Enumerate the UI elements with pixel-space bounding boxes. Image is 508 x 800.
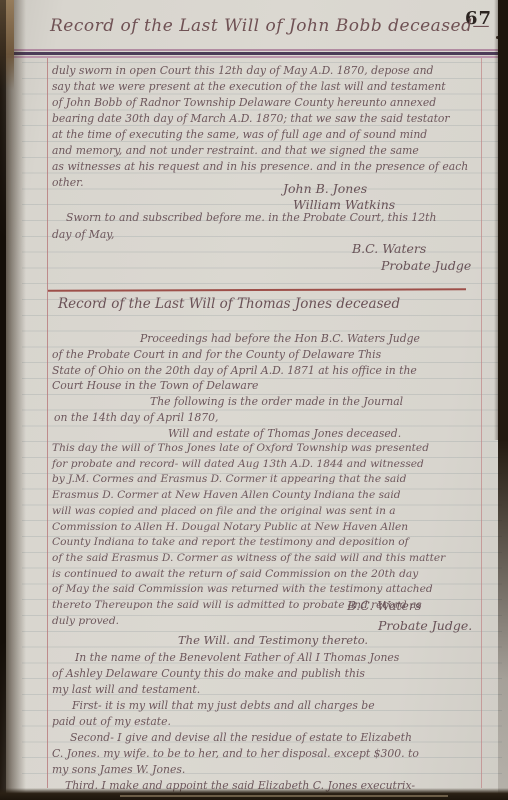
handwriting-line: other. <box>52 175 478 191</box>
handwriting-line: is continued to await the return of said… <box>52 567 482 583</box>
handwriting-line: Commission to Allen H. Dougal Notary Pub… <box>52 520 482 536</box>
section1-body: duly sworn in open Court this 12th day o… <box>52 63 478 191</box>
header-rule-band <box>0 49 508 59</box>
handwriting-line: of May the said Commission was returned … <box>52 582 482 598</box>
handwriting-line: of John Bobb of Radnor Township Delaware… <box>52 95 478 111</box>
handwriting-line: This day the will of Thos Jones late of … <box>52 441 482 457</box>
handwriting-line: by J.M. Cormes and Erasmus D. Cormer it … <box>52 472 482 488</box>
handwriting-line: on the 14th day of April 1870, <box>52 410 478 426</box>
handwriting-line: Proceedings had before the Hon B.C. Wate… <box>52 331 478 347</box>
left-margin-line <box>47 58 48 788</box>
handwriting-line: State of Ohio on the 20th day of April A… <box>52 363 478 379</box>
page-bottom-edge <box>0 788 508 800</box>
section1-attestation: Sworn to and subscribed before me. in th… <box>52 210 478 243</box>
handwriting-line: at the time of executing the same, was o… <box>52 127 478 143</box>
judge-signature: B.C. Waters <box>347 598 421 613</box>
handwriting-line: Erasmus D. Cormer at New Haven Allen Cou… <box>52 488 482 504</box>
handwriting-line: C. Jones. my wife. to be to her, and to … <box>52 746 482 762</box>
witness-signature-1: John B. Jones <box>283 181 367 196</box>
handwriting-line: paid out of my estate. <box>52 714 482 730</box>
section2-title: Record of the Last Will of Thomas Jones … <box>58 296 400 312</box>
book-binding-edge <box>0 0 26 800</box>
section2-proceedings: Proceedings had before the Hon B.C. Wate… <box>52 331 478 442</box>
handwriting-line: Sworn to and subscribed before me. in th… <box>52 210 478 227</box>
page-right-edge <box>498 0 508 800</box>
handwriting-line: for probate and record- will dated Aug 1… <box>52 457 482 473</box>
handwriting-line: duly sworn in open Court this 12th day o… <box>52 63 478 79</box>
handwriting-line: say that we were present at the executio… <box>52 79 478 95</box>
handwriting-line: County Indiana to take and report the te… <box>52 535 482 551</box>
handwriting-line: In the name of the Benevolent Father of … <box>52 650 482 666</box>
handwriting-line: of the said Erasmus D. Cormer as witness… <box>52 551 482 567</box>
handwriting-line: Court House in the Town of Delaware <box>52 378 478 394</box>
judge-title: Probate Judge. <box>378 618 472 633</box>
handwriting-line: my last will and testament. <box>52 682 482 698</box>
judge-title: Probate Judge <box>381 258 471 273</box>
handwriting-line: First- it is my will that my just debts … <box>52 698 482 714</box>
handwriting-line: Second- I give and devise all the residu… <box>52 730 482 746</box>
handwriting-line: as witnesses at his request and in his p… <box>52 159 478 175</box>
handwriting-line: Will and estate of Thomas Jones deceased… <box>52 426 478 442</box>
section1-title: Record of the Last Will of John Bobb dec… <box>50 16 470 36</box>
handwriting-line: my sons James W. Jones. <box>52 762 482 778</box>
handwriting-line: bearing date 30th day of March A.D. 1870… <box>52 111 478 127</box>
section2-will-text: In the name of the Benevolent Father of … <box>52 650 482 794</box>
ledger-photo: 67 Record of the Last Will of John Bobb … <box>0 0 508 800</box>
handwriting-line: and memory, and not under restraint. and… <box>52 143 478 159</box>
handwriting-line: of the Probate Court in and for the Coun… <box>52 347 478 363</box>
will-heading: The Will. and Testimony thereto. <box>178 633 368 647</box>
handwriting-line: will was copied and placed on file and t… <box>52 504 482 520</box>
judge-signature: B.C. Waters <box>352 241 426 256</box>
handwriting-line: The following is the order made in the J… <box>52 394 478 410</box>
ledger-page: 67 Record of the Last Will of John Bobb … <box>0 0 508 800</box>
handwriting-line: of Ashley Delaware County this do make a… <box>52 666 482 682</box>
